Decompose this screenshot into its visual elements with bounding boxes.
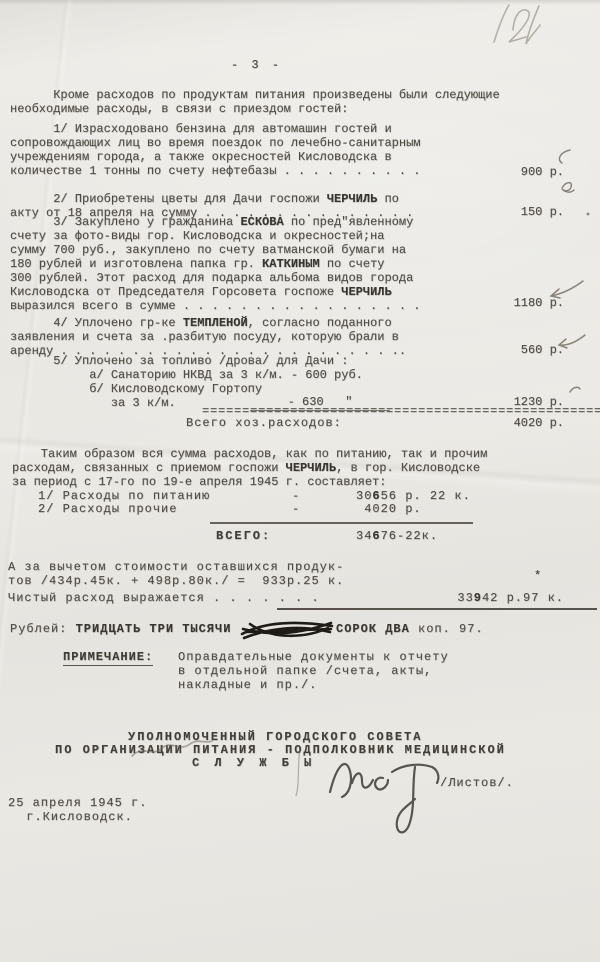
scanned-document-page: - 3 - Кроме расходов по продуктам питани… [0, 0, 600, 962]
page-number: - 3 - [231, 58, 282, 72]
expense-amount-2: 150 р. [521, 205, 564, 219]
pen-dot [587, 213, 590, 216]
expense-amount-3: 1180 р. [514, 296, 564, 310]
summary-row-1-label: 1/ Расходы по питанию [38, 489, 210, 503]
checkmark-icon [559, 150, 570, 163]
expense-item-1: 1/ Израсходовано бензина для автомашин г… [10, 122, 420, 178]
grand-total-amount: 34676-22к. [356, 529, 438, 543]
total-rule [210, 522, 473, 524]
summary-row-1-dash: - [292, 489, 299, 503]
signature-typed-name: /Листов/. [440, 776, 514, 790]
note-label: ПРИМЕЧАНИЕ: [63, 650, 153, 666]
summary-paragraph: Таким образом вся сумма расходов, как по… [12, 447, 487, 489]
note-text: Оправдательные документы к отчету в отде… [178, 650, 449, 692]
summary-row-1-amount: 30656 р. 22 к. [356, 489, 471, 503]
crossed-out-word-scribble [242, 623, 332, 638]
summary-row-2-dash: - [292, 502, 299, 516]
pencil-page-number-121 [494, 5, 540, 44]
checkmark-icon [562, 183, 574, 193]
signature-title-line-3: С Л У Ж Б Ы [192, 756, 315, 770]
checkmark-icon [570, 387, 580, 392]
summary-row-2-label: 2/ Расходы прочие [38, 502, 177, 516]
signature-title-line-1: УПОЛНОМОЧЕННЫЙ ГОРОДСКОГО СОВЕТА [128, 730, 422, 744]
signature-scribble [330, 764, 438, 832]
net-underline-rule [277, 608, 597, 610]
intro-paragraph: Кроме расходов по продуктам питания прои… [10, 88, 500, 116]
grand-total-label: ВСЕГО: [216, 529, 271, 543]
expense-amount-1: 900 р. [521, 165, 564, 179]
expense-item-3: 3/ Закуплено у гражданина ЕСКОВА по пред… [10, 215, 420, 313]
signature-title-line-2: ПО ОРГАНИЗАЦИИ ПИТАНИЯ - ПОДПОЛКОВНИК МЕ… [55, 743, 506, 757]
summary-row-2-amount: 4020 р. [356, 502, 422, 516]
expense-item-4: 4/ Уплочено гр-ке ТЕМПЛЕНОЙ, согласно по… [10, 316, 406, 358]
expense-amount-4: 560 р. [521, 343, 564, 357]
household-total-amount: 4020 р. [514, 416, 564, 430]
asterisk-mark: * [534, 569, 541, 583]
household-total-label: Всего хоз.расходов: [186, 416, 342, 430]
document-place: г.Кисловодск. [18, 810, 133, 824]
deduction-paragraph: А за вычетом стоимости оставшихся продук… [8, 560, 344, 588]
document-date: 25 апреля 1945 г. [8, 796, 147, 810]
net-expense-amount: 33942 р.97 к. [457, 591, 564, 605]
amount-in-words-prefix: Рублей: ТРИДЦАТЬ ТРИ ТЫСЯЧИ [10, 622, 231, 636]
amount-in-words-suffix: СОРОК ДВА коп. 97. [336, 622, 484, 636]
net-expense-label: Чистый расход выражается . . . . . . . [8, 591, 320, 605]
